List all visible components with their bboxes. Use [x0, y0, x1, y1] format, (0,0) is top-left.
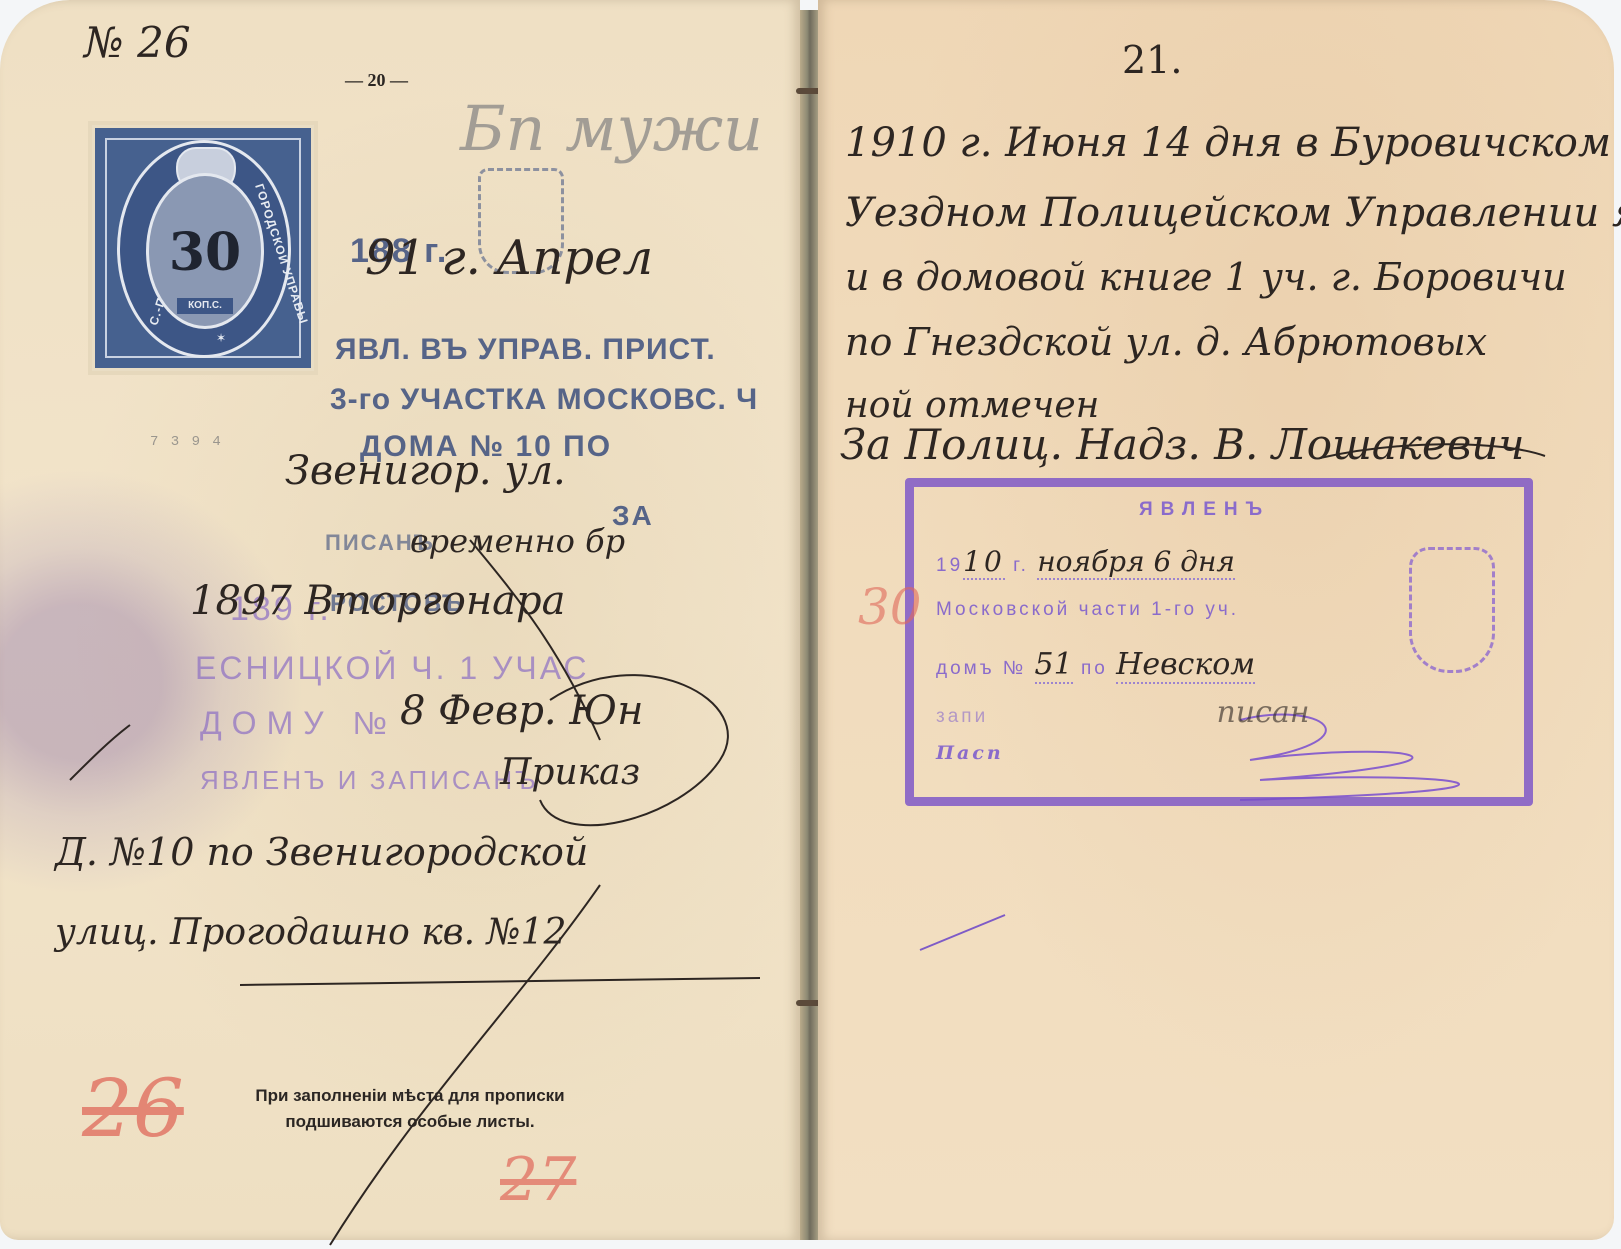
recorded-label: запи [936, 706, 988, 727]
year-suffix: г. [1013, 555, 1029, 576]
stamp-house-row: домъ № 51 по Невском [936, 647, 1255, 684]
red-pencil-mark: 26 [82, 1062, 184, 1155]
handwritten-page-number: 21. [1122, 38, 1182, 82]
stamp-official-label: Пасп [936, 742, 1004, 764]
stamp-date-row: 1910 г. ноября 6 дня [936, 545, 1235, 580]
house-number: 51 [1035, 647, 1073, 684]
printed-footer-note: При заполненіи мѣста для прописки подшив… [150, 1083, 670, 1135]
date-handwritten: ноября 6 дня [1037, 545, 1235, 580]
year-prefix: 19 [936, 555, 963, 576]
street-handwritten: Невском [1116, 647, 1255, 684]
handwritten-line: и в домовой книге 1 уч. г. Боровичи [845, 255, 1567, 299]
handwritten-line: по Гнездской ул. д. Абрютовых [845, 320, 1487, 364]
street-label: по [1081, 658, 1108, 679]
footer-line: подшиваются особые листы. [150, 1109, 670, 1135]
handwritten-line: Уездном Полицейском Управлении явлен [845, 190, 1621, 236]
stamp-recorded-row: запи писан [936, 695, 1310, 730]
stamp-title: ЯВЛЕНЪ [1139, 499, 1270, 521]
recorded-handwritten: писан [1216, 695, 1309, 730]
red-pencil-mark: 30 [858, 578, 922, 636]
eagle-crest-icon [1409, 547, 1495, 673]
stamp-district: Московской части 1-го уч. [936, 599, 1239, 621]
registration-stamp: ЯВЛЕНЪ 1910 г. ноября 6 дня Московской ч… [905, 478, 1533, 806]
house-label: домъ № [936, 658, 1026, 679]
handwritten-line: 1910 г. Июня 14 дня в Буровичском [845, 120, 1611, 166]
footer-line: При заполненіи мѣста для прописки [150, 1083, 670, 1109]
red-pencil-mark: 27 [500, 1145, 576, 1215]
year-handwritten: 10 [963, 545, 1005, 580]
handwritten-signature: За Полиц. Надз. В. Лошакевич [840, 420, 1524, 469]
